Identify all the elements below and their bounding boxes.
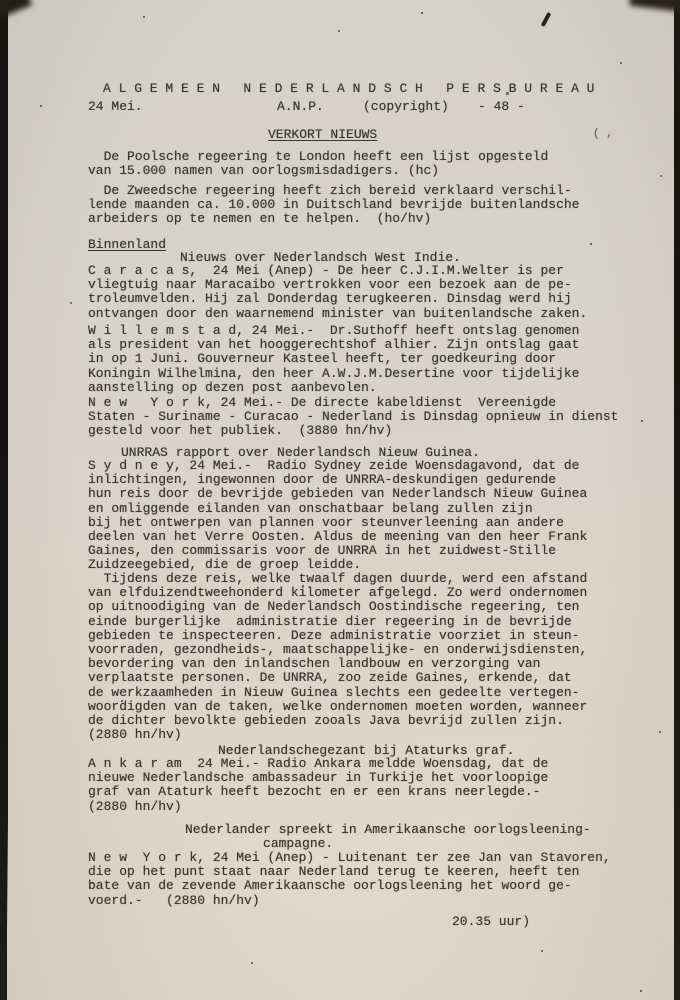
heading-oorlogsleening: Nederlander spreekt in Amerikaansche oor… (185, 823, 591, 851)
scanned-bulletin-page: ( , A L G E M E E N N E D E R L A N D S … (0, 0, 680, 1000)
header-agency-abbr: A.N.P. (277, 100, 324, 114)
paper-specks (0, 0, 2, 2)
paragraph-zweedsche-regeering: De Zweedsche regeering heeft zich bereid… (88, 184, 579, 227)
paragraph-ankara: A n k a r am 24 Mei.- Radio Ankara meldd… (88, 757, 548, 814)
paragraph-new-york-oorlogsleening: N e w Y o r k, 24 Mei (Anep) - Luitenant… (88, 851, 611, 908)
footer-time: 20.35 uur) (452, 915, 530, 929)
paragraph-new-york-kabeldienst: N e w Y o r k, 24 Mei.- De directe kabel… (88, 396, 619, 439)
header-agency-name: A L G E M E E N N E D E R L A N D S C H … (103, 82, 594, 96)
paragraph-sydney: S y d n e y, 24 Mei.- Radio Sydney zeide… (88, 459, 587, 573)
header-copyright: (copyright) (363, 100, 449, 114)
header-page-number: - 48 - (478, 100, 525, 114)
pencil-mark: ( , (593, 127, 613, 141)
paragraph-poolsche-regeering: De Poolsche regeering te London heeft ee… (88, 150, 548, 178)
bulletin-title: VERKORT NIEUWS (268, 128, 377, 142)
paragraph-caracas: C a r a c a s, 24 Mei (Anep) - De heer C… (88, 264, 587, 321)
paper-edge-bottom-left (7, 928, 17, 1000)
paragraph-unrra-reis: Tijdens deze reis, welke twaalf dagen du… (88, 572, 587, 742)
paper-edge-bottom-right (666, 905, 674, 1000)
header-date: 24 Mei. (88, 100, 143, 114)
section-label-binnenland: Binnenland (88, 238, 166, 252)
paragraph-willemstad: W i l l e m s t a d, 24 Mei.- Dr.Suthoff… (88, 324, 579, 395)
scan-edge-right (674, 0, 680, 1000)
scan-edge-left (0, 0, 8, 1000)
